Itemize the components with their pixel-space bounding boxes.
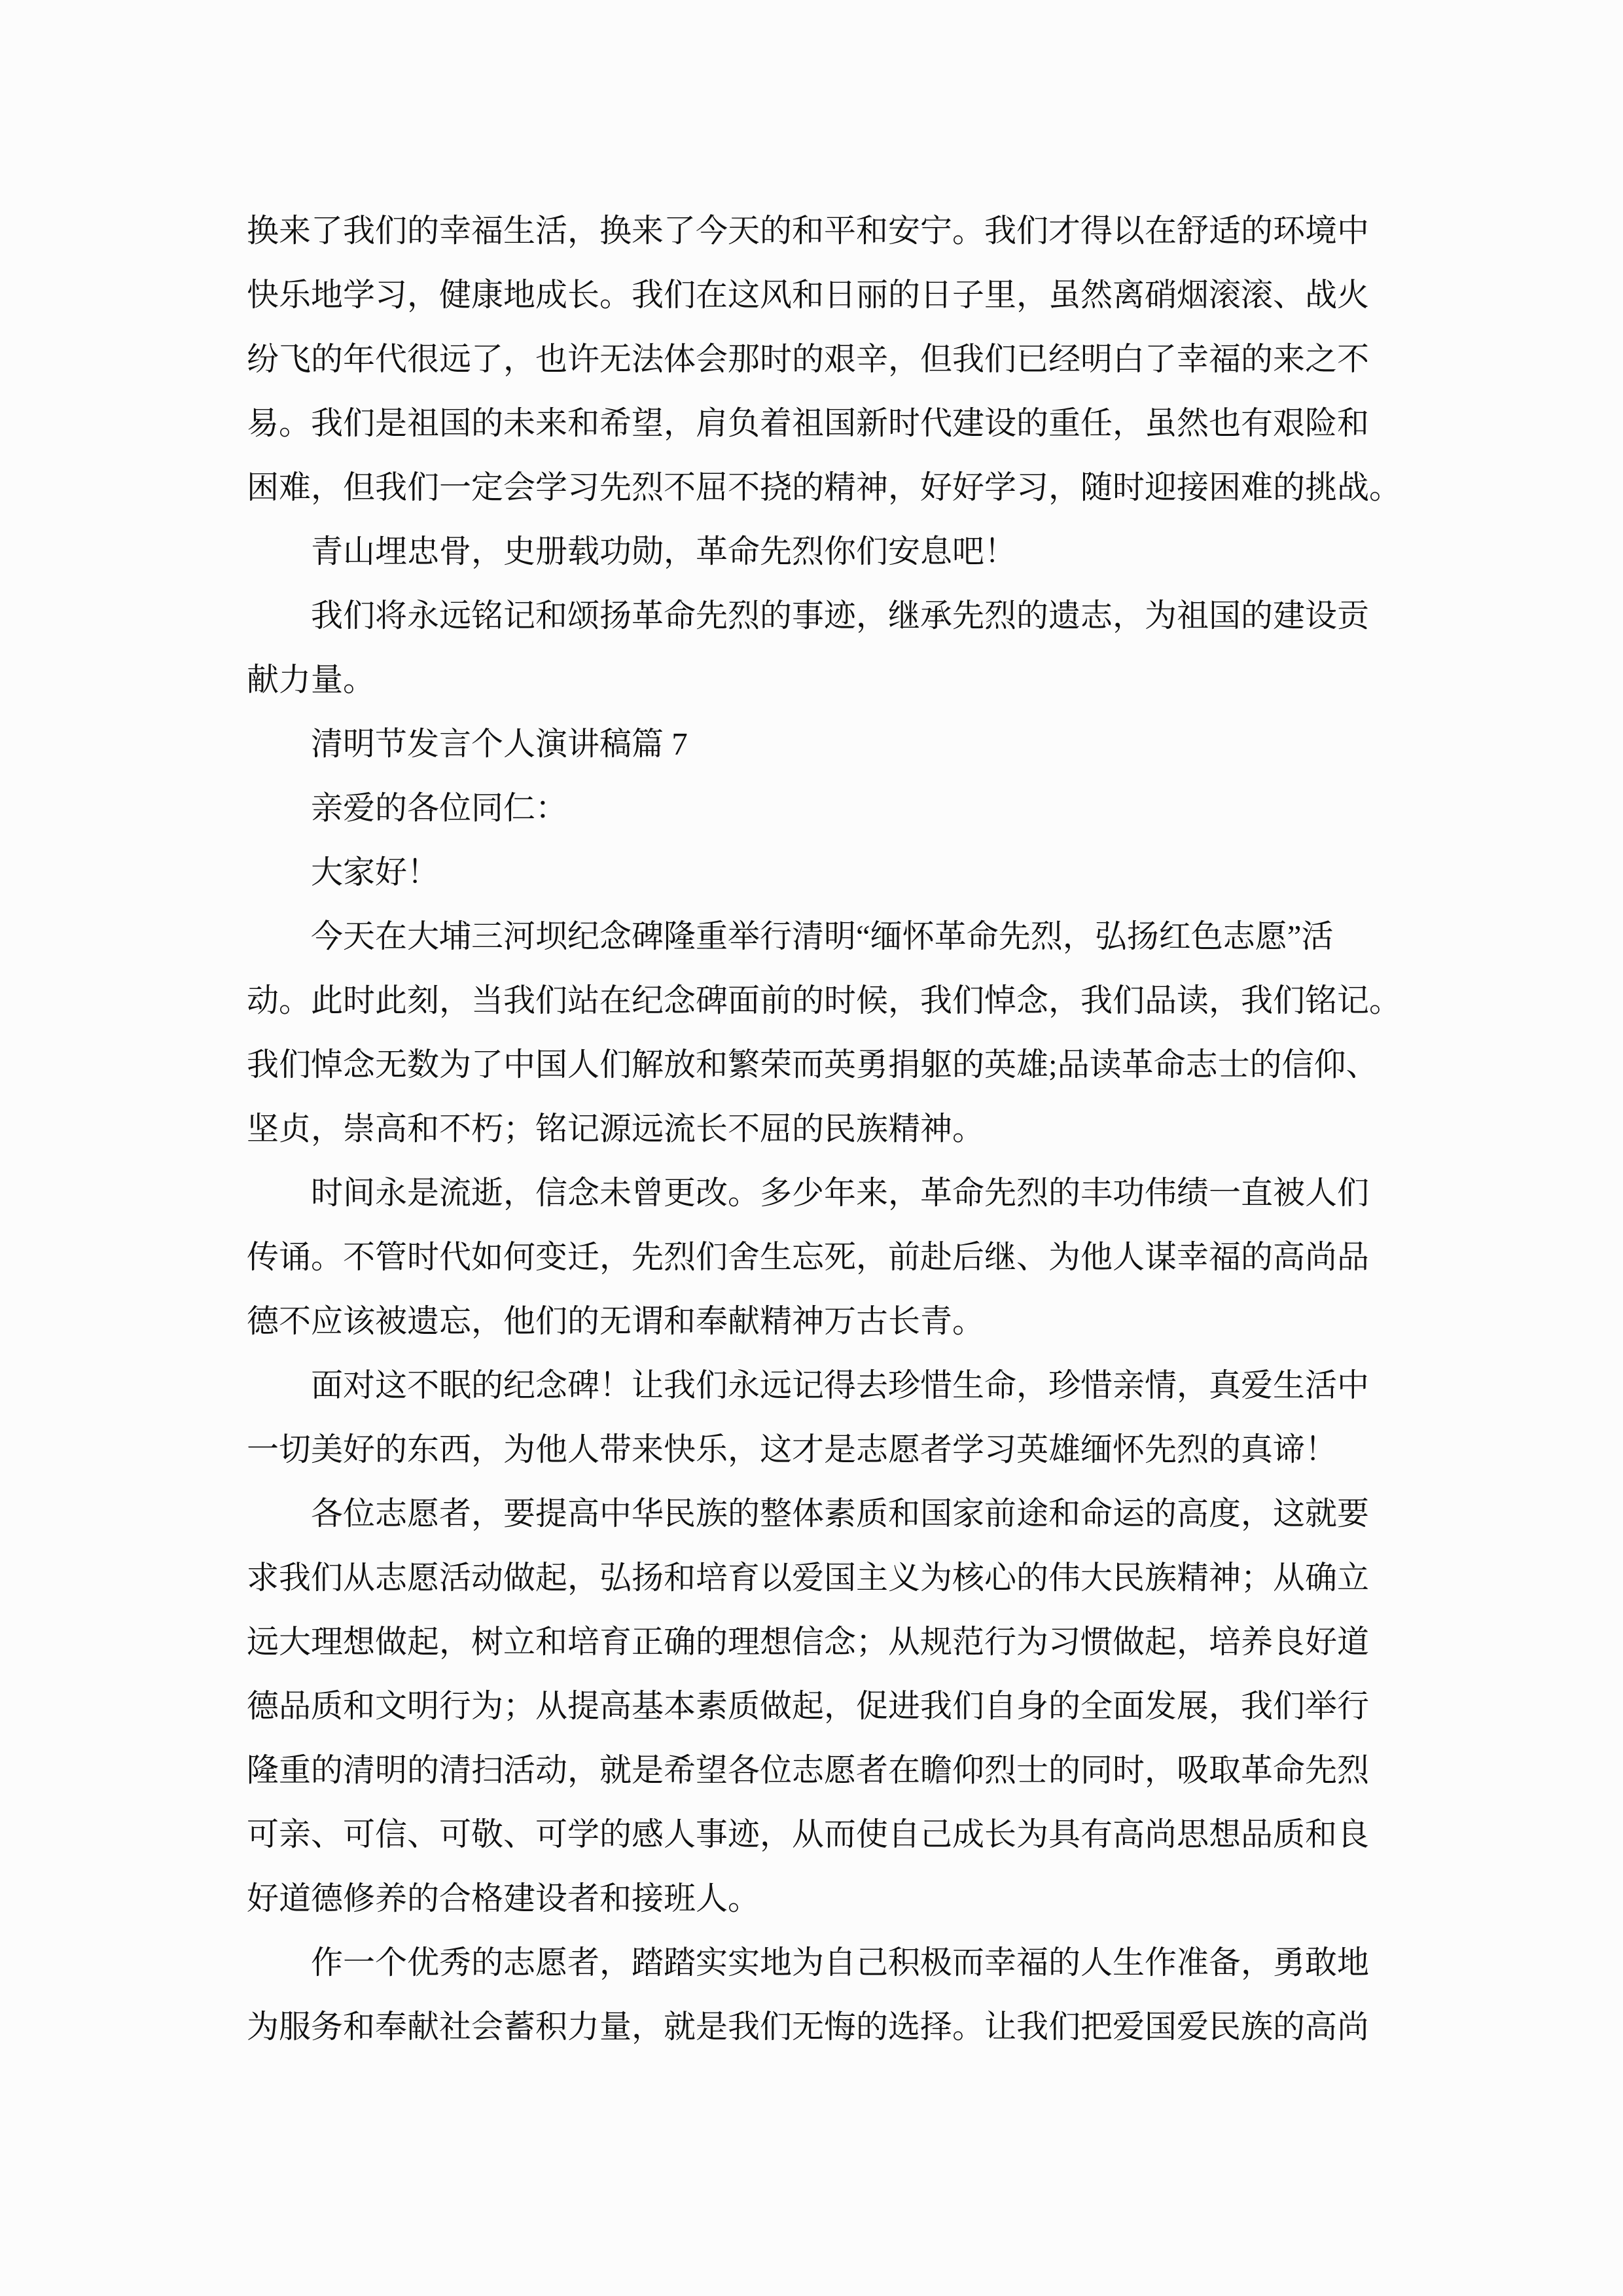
text-line: 各位志愿者，要提高中华民族的整体素质和国家前途和命运的高度，这就要: [247, 1482, 1401, 1546]
text-line: 纷飞的年代很远了，也许无法体会那时的艰辛，但我们已经明白了幸福的来之不: [247, 327, 1401, 391]
text-line: 动。此时此刻，当我们站在纪念碑面前的时候，我们悼念，我们品读，我们铭记。: [247, 969, 1401, 1033]
text-line: 青山埋忠骨，史册载功勋，革命先烈你们安息吧！: [247, 520, 1401, 584]
text-line: 时间永是流逝，信念未曾更改。多少年来，革命先烈的丰功伟绩一直被人们: [247, 1161, 1401, 1225]
text-line: 可亲、可信、可敬、可学的感人事迹，从而使自己成长为具有高尚思想品质和良: [247, 1803, 1401, 1867]
text-line: 一切美好的东西，为他人带来快乐，这才是志愿者学习英雄缅怀先烈的真谛！: [247, 1418, 1401, 1482]
text-line: 隆重的清明的清扫活动，就是希望各位志愿者在瞻仰烈士的同时，吸取革命先烈: [247, 1738, 1401, 1803]
text-line: 求我们从志愿活动做起，弘扬和培育以爱国主义为核心的伟大民族精神；从确立: [247, 1546, 1401, 1610]
text-line: 困难，但我们一定会学习先烈不屈不挠的精神，好好学习，随时迎接困难的挑战。: [247, 456, 1401, 520]
text-line: 清明节发言个人演讲稿篇 7: [247, 712, 1401, 776]
text-line: 献力量。: [247, 648, 1401, 712]
text-line: 传诵。不管时代如何变迁，先烈们舍生忘死，前赴后继、为他人谋幸福的高尚品: [247, 1225, 1401, 1289]
text-line: 我们将永远铭记和颂扬革命先烈的事迹，继承先烈的遗志，为祖国的建设贡: [247, 584, 1401, 648]
text-block: 换来了我们的幸福生活，换来了今天的和平和安宁。我们才得以在舒适的环境中快乐地学习…: [247, 199, 1401, 2059]
text-line: 快乐地学习，健康地成长。我们在这风和日丽的日子里，虽然离硝烟滚滚、战火: [247, 263, 1401, 327]
text-line: 作一个优秀的志愿者，踏踏实实地为自己积极而幸福的人生作准备，勇敢地: [247, 1931, 1401, 1995]
text-line: 面对这不眠的纪念碑！让我们永远记得去珍惜生命，珍惜亲情，真爱生活中: [247, 1354, 1401, 1418]
text-line: 为服务和奉献社会蓄积力量，就是我们无悔的选择。让我们把爱国爱民族的高尚: [247, 1995, 1401, 2059]
text-line: 亲爱的各位同仁：: [247, 776, 1401, 840]
text-line: 德品质和文明行为；从提高基本素质做起，促进我们自身的全面发展，我们举行: [247, 1674, 1401, 1738]
text-line: 换来了我们的幸福生活，换来了今天的和平和安宁。我们才得以在舒适的环境中: [247, 199, 1401, 263]
text-line: 今天在大埔三河坝纪念碑隆重举行清明“缅怀革命先烈，弘扬红色志愿”活: [247, 905, 1401, 969]
text-line: 坚贞，崇高和不朽；铭记源远流长不屈的民族精神。: [247, 1097, 1401, 1161]
text-line: 大家好！: [247, 840, 1401, 905]
text-line: 远大理想做起，树立和培育正确的理想信念；从规范行为习惯做起，培养良好道: [247, 1610, 1401, 1674]
text-line: 我们悼念无数为了中国人们解放和繁荣而英勇捐躯的英雄;品读革命志士的信仰、: [247, 1033, 1401, 1097]
document-page: 换来了我们的幸福生活，换来了今天的和平和安宁。我们才得以在舒适的环境中快乐地学习…: [0, 0, 1623, 2296]
text-line: 易。我们是祖国的未来和希望，肩负着祖国新时代建设的重任，虽然也有艰险和: [247, 391, 1401, 456]
text-line: 德不应该被遗忘，他们的无谓和奉献精神万古长青。: [247, 1289, 1401, 1354]
text-line: 好道德修养的合格建设者和接班人。: [247, 1867, 1401, 1931]
